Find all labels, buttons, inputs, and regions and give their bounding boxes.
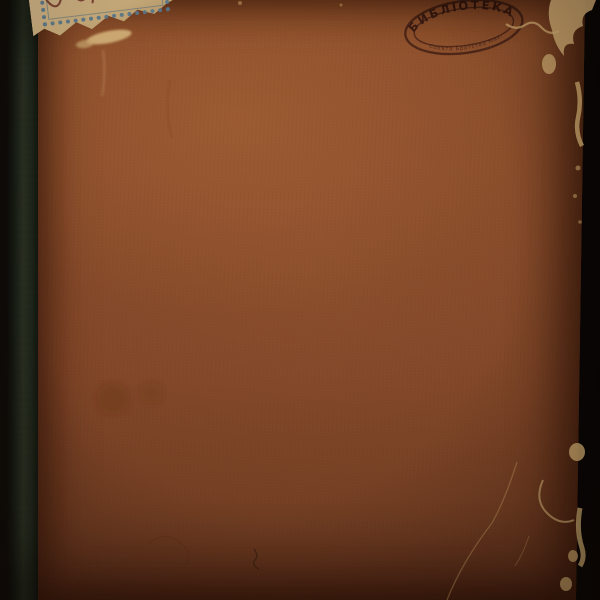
stamp-text-top: БИБЛІОТЕКА xyxy=(403,0,520,36)
book-cover-board xyxy=(38,0,586,600)
cover-edge-shading xyxy=(38,0,586,600)
book-spine xyxy=(7,0,38,600)
book-cover-photo: БИБЛІОТЕКА Совѣта Братства Мих. xyxy=(0,0,600,600)
